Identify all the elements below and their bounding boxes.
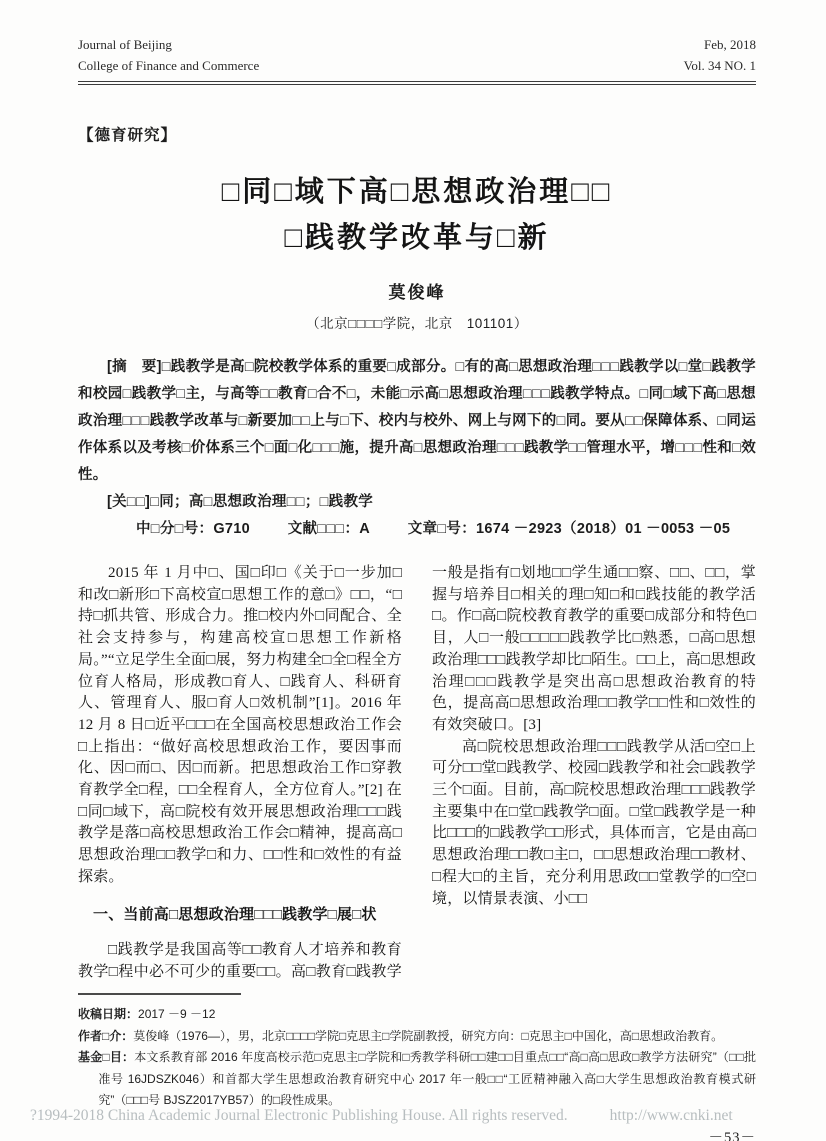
received-date-label: 收稿日期：	[78, 1007, 138, 1021]
header-double-rule	[78, 81, 756, 85]
article-number: 文章□号：1674 －2923（2018）01 －0053 －05	[408, 521, 731, 537]
footnote-divider	[78, 993, 241, 995]
footer-copyright: ?1994-2018 China Academic Journal Electr…	[30, 1107, 568, 1125]
issue-date: Feb, 2018	[684, 34, 756, 55]
footnote-author-bio: 作者□介：莫俊峰（1976—），男，北京□□□□学院□克思主□学院副教授，研究方…	[78, 1026, 756, 1048]
journal-name-line1: Journal of Beijing	[78, 34, 259, 55]
author-bio-label: 作者□介：	[78, 1029, 133, 1043]
funding-text: 本文系教育部 2016 年度高校示范□克思主□学院和□秀教学科研□□建□□目重点…	[98, 1050, 756, 1107]
author-name: 莫俊峰	[78, 278, 756, 303]
body-paragraph-1: 2015 年 1 月中□、国□印□《关于□一步加□和改□新形□下高校宣□思想工作…	[78, 563, 402, 889]
author-bio-text: 莫俊峰（1976—），男，北京□□□□学院□克思主□学院副教授，研究方向：□克思…	[133, 1029, 723, 1043]
keywords-line: [关□□]□同；高□思想政治理□□；□践教学	[78, 489, 756, 516]
document-code: 文献□□□：A	[288, 521, 370, 537]
cnki-watermark-footer: ?1994-2018 China Academic Journal Electr…	[30, 1107, 802, 1125]
journal-page: Journal of Beijing College of Finance an…	[0, 0, 826, 1141]
article-title-line1: □同□域下高□思想政治理□□	[78, 169, 756, 215]
received-date-value: 2017 －9 －12	[138, 1007, 215, 1021]
article-title-line2: □践教学改革与□新	[78, 215, 756, 261]
footnotes: 收稿日期：2017 －9 －12 作者□介：莫俊峰（1976—），男，北京□□□…	[78, 1004, 756, 1112]
footnote-funding: 基金□目：本文系教育部 2016 年度高校示范□克思主□学院和□秀教学科研□□建…	[78, 1047, 756, 1112]
journal-header: Journal of Beijing College of Finance an…	[78, 34, 756, 76]
page-content: Journal of Beijing College of Finance an…	[0, 0, 826, 1141]
footer-url: http://www.cnki.net	[610, 1107, 733, 1125]
article-title: □同□域下高□思想政治理□□ □践教学改革与□新	[78, 169, 756, 261]
issue-info: Feb, 2018 Vol. 34 NO. 1	[684, 34, 756, 76]
page-number: －53－	[78, 1126, 756, 1141]
abstract-block: [摘 要]□践教学是高□院校教学体系的重要□成部分。□有的高□思想政治理□□□践…	[78, 354, 756, 543]
abstract-label: [摘 要]	[107, 359, 162, 375]
funding-label: 基金□目：	[78, 1050, 134, 1064]
keywords-label: [关□□]	[107, 494, 150, 510]
author-affiliation: （北京□□□□学院，北京 101101）	[78, 312, 756, 332]
classification-line: 中□分□号：G710文献□□□：A文章□号：1674 －2923（2018）01…	[78, 516, 756, 543]
journal-name-line2: College of Finance and Commerce	[78, 55, 259, 76]
section-heading-1: 一、当前高□思想政治理□□□践教学□展□状	[78, 904, 402, 926]
issue-volume: Vol. 34 NO. 1	[684, 55, 756, 76]
clc-number: 中□分□号：G710	[136, 521, 250, 537]
keywords-text: □同；高□思想政治理□□；□践教学	[150, 494, 373, 510]
section-tag: 【德育研究】	[78, 123, 756, 145]
article-body: 2015 年 1 月中□、国□印□《关于□一步加□和改□新形□下高校宣□思想工作…	[78, 563, 756, 985]
abstract-text: □践教学是高□院校教学体系的重要□成部分。□有的高□思想政治理□□□践教学以□堂…	[78, 359, 756, 483]
footnote-received-date: 收稿日期：2017 －9 －12	[78, 1004, 756, 1026]
abstract-paragraph: [摘 要]□践教学是高□院校教学体系的重要□成部分。□有的高□思想政治理□□□践…	[78, 354, 756, 489]
journal-name: Journal of Beijing College of Finance an…	[78, 34, 259, 76]
body-paragraph-3: 高□院校思想政治理□□□践教学从活□空□上可分□□堂□践教学、校园□践教学和社会…	[432, 737, 756, 911]
